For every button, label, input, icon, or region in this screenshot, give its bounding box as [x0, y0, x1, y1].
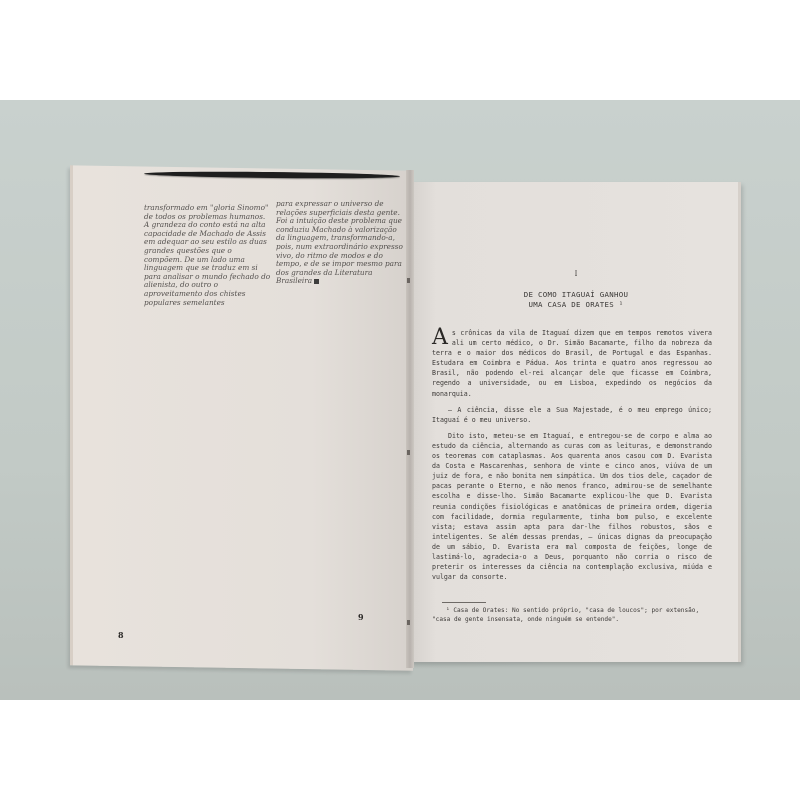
- chapter-number: I: [412, 270, 740, 278]
- chapter-body: As crônicas da vila de Itaguaí dizem que…: [432, 328, 712, 588]
- open-book: transformado em "gloria Sinomo" de todos…: [66, 160, 740, 672]
- paragraph-3: Dito isto, meteu-se em Itaguaí, e entreg…: [432, 431, 712, 582]
- drop-cap: A: [432, 329, 448, 347]
- left-page-number: 8: [118, 630, 124, 640]
- paragraph-1: As crônicas da vila de Itaguaí dizem que…: [432, 328, 712, 399]
- footnote: ¹ Casa de Orates: No sentido próprio, "c…: [432, 607, 716, 624]
- chapter-title: DE COMO ITAGUAÍ GANHOU UMA CASA DE ORATE…: [412, 290, 740, 309]
- end-square-icon: [314, 279, 319, 284]
- footnote-rule: [442, 602, 486, 603]
- left-column-2-text: para expressar o universo de relações su…: [276, 199, 403, 285]
- left-column-1: transformado em "gloria Sinomo" de todos…: [144, 204, 272, 307]
- right-page-number: 9: [358, 612, 364, 622]
- binding-stitch: [407, 620, 410, 625]
- binding-stitch: [407, 450, 410, 455]
- left-column-2: para expressar o universo de relações su…: [276, 200, 408, 286]
- paragraph-1-text: s crônicas da vila de Itaguaí dizem que …: [432, 329, 712, 398]
- paragraph-2: — A ciência, disse ele a Sua Majestade, …: [432, 405, 712, 425]
